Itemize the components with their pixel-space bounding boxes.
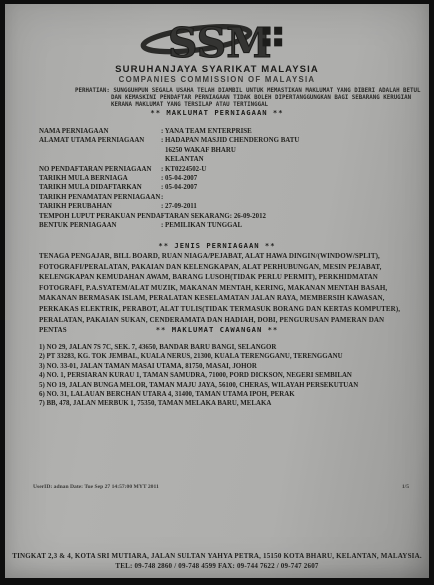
- field-label: TEMPOH LUPUT PERAKUAN PENDAFTARAN SEKARA…: [39, 212, 230, 221]
- address-line-2: 16250 WAKAF BHARU: [39, 146, 405, 155]
- field-label: ALAMAT UTAMA PERNIAGAAN: [39, 136, 161, 145]
- field-row-bentuk-perniagaan: BENTUK PERNIAGAANPEMILIKAN TUNGGAL: [39, 221, 405, 230]
- field-label: NO PENDAFTARAN PERNIAGAAN: [39, 165, 161, 174]
- ssm-logo-icon: SSM: [139, 16, 295, 66]
- field-row-tarikh-mula-berniaga: TARIKH MULA BERNIAGA05-04-2007: [39, 174, 405, 183]
- field-row-tarikh-penamatan: TARIKH PENAMATAN PERNIAGAAN: [39, 193, 405, 202]
- field-label: NAMA PERNIAGAAN: [39, 127, 161, 136]
- branch-item: 2) PT 33283, KG. TOK JEMBAL, KUALA NERUS…: [39, 352, 405, 361]
- field-row-nama-perniagaan: NAMA PERNIAGAANYANA TEAM ENTERPRISE: [39, 127, 405, 136]
- field-row-no-pendaftaran: NO PENDAFTARAN PERNIAGAANKT0224502-U: [39, 165, 405, 174]
- branch-list: 1) NO 29, JALAN 7S 7C, SEK. 7, 43650, BA…: [39, 343, 405, 409]
- field-row-tempoh-luput: TEMPOH LUPUT PERAKUAN PENDAFTARAN SEKARA…: [39, 212, 405, 221]
- field-value: [161, 193, 163, 202]
- org-name: SURUHANJAYA SYARIKAT MALAYSIA: [5, 64, 429, 75]
- field-value: HADAPAN MASJID CHENDERONG BATU: [161, 136, 299, 145]
- section-title-jenis-perniagaan: ** JENIS PERNIAGAAN **: [5, 241, 429, 250]
- field-value: PEMILIKAN TUNGGAL: [161, 221, 242, 230]
- field-value: 26-09-2012: [230, 212, 266, 221]
- field-label: TARIKH PENAMATAN PERNIAGAAN: [39, 193, 161, 202]
- office-address-block: TINGKAT 2,3 & 4, KOTA SRI MUTIARA, JALAN…: [5, 552, 429, 571]
- ssm-logo-text: SSM: [168, 18, 272, 66]
- branch-item: 7) BB, 478, JALAN MERBUK 1, 75350, TAMAN…: [39, 399, 405, 408]
- field-value: YANA TEAM ENTERPRISE: [161, 127, 252, 136]
- user-date-stamp: UserID: adnan Date: Tue Sep 27 14:57:00 …: [33, 484, 159, 490]
- org-name-english: COMPANIES COMMISSION OF MALAYSIA: [5, 75, 429, 84]
- business-info-fields: NAMA PERNIAGAANYANA TEAM ENTERPRISE ALAM…: [39, 127, 405, 230]
- branch-item: 6) NO. 31, LALAUAN BERCHAN UTARA 4, 3140…: [39, 390, 405, 399]
- field-value: 27-09-2011: [161, 202, 197, 211]
- office-address: TINGKAT 2,3 & 4, KOTA SRI MUTIARA, JALAN…: [5, 552, 429, 562]
- branch-item: 5) NO 19, JALAN BUNGA MELOR, TAMAN MAJU …: [39, 381, 405, 390]
- field-value: 05-04-2007: [161, 183, 197, 192]
- branch-item: 3) NO. 33-01, JALAN TAMAN MASAI UTAMA, 8…: [39, 362, 405, 371]
- scanned-document-page: SSM SURUHANJAYA SYARIKAT MALAYSIA COMPAN…: [5, 4, 429, 578]
- field-label: TARIKH MULA BERNIAGA: [39, 174, 161, 183]
- field-value: KT0224502-U: [161, 165, 206, 174]
- notice-text: PERHATIAN: SUNGGUHPUN SEGALA USAHA TELAH…: [75, 88, 421, 110]
- address-line-3: KELANTAN: [39, 155, 405, 164]
- business-type-text: TENAGA PENGAJAR, BILL BOARD, RUAN NIAGA/…: [39, 251, 401, 336]
- field-label: BENTUK PERNIAGAAN: [39, 221, 161, 230]
- print-meta-row: UserID: adnan Date: Tue Sep 27 14:57:00 …: [33, 484, 409, 490]
- office-phone: TEL: 09-748 2860 / 09-748 4599 FAX: 09-7…: [5, 562, 429, 572]
- page-number: 1/5: [402, 484, 409, 490]
- logo-wrap: SSM: [5, 16, 429, 71]
- branch-item: 1) NO 29, JALAN 7S 7C, SEK. 7, 43650, BA…: [39, 343, 405, 352]
- field-label: TARIKH MULA DIDAFTARKAN: [39, 183, 161, 192]
- branch-item: 4) NO. 1, PERSIARAN KURAU 1, TAMAN SAMUD…: [39, 371, 405, 380]
- field-value: 05-04-2007: [161, 174, 197, 183]
- section-title-maklumat-perniagaan: ** MAKLUMAT PERNIAGAAN **: [5, 108, 429, 117]
- field-row-tarikh-mula-didaftarkan: TARIKH MULA DIDAFTARKAN05-04-2007: [39, 183, 405, 192]
- field-label: TARIKH PERUBAHAN: [39, 202, 161, 211]
- field-row-alamat-utama: ALAMAT UTAMA PERNIAGAANHADAPAN MASJID CH…: [39, 136, 405, 145]
- section-title-maklumat-cawangan: ** MAKLUMAT CAWANGAN **: [5, 325, 429, 334]
- field-row-tarikh-perubahan: TARIKH PERUBAHAN27-09-2011: [39, 202, 405, 211]
